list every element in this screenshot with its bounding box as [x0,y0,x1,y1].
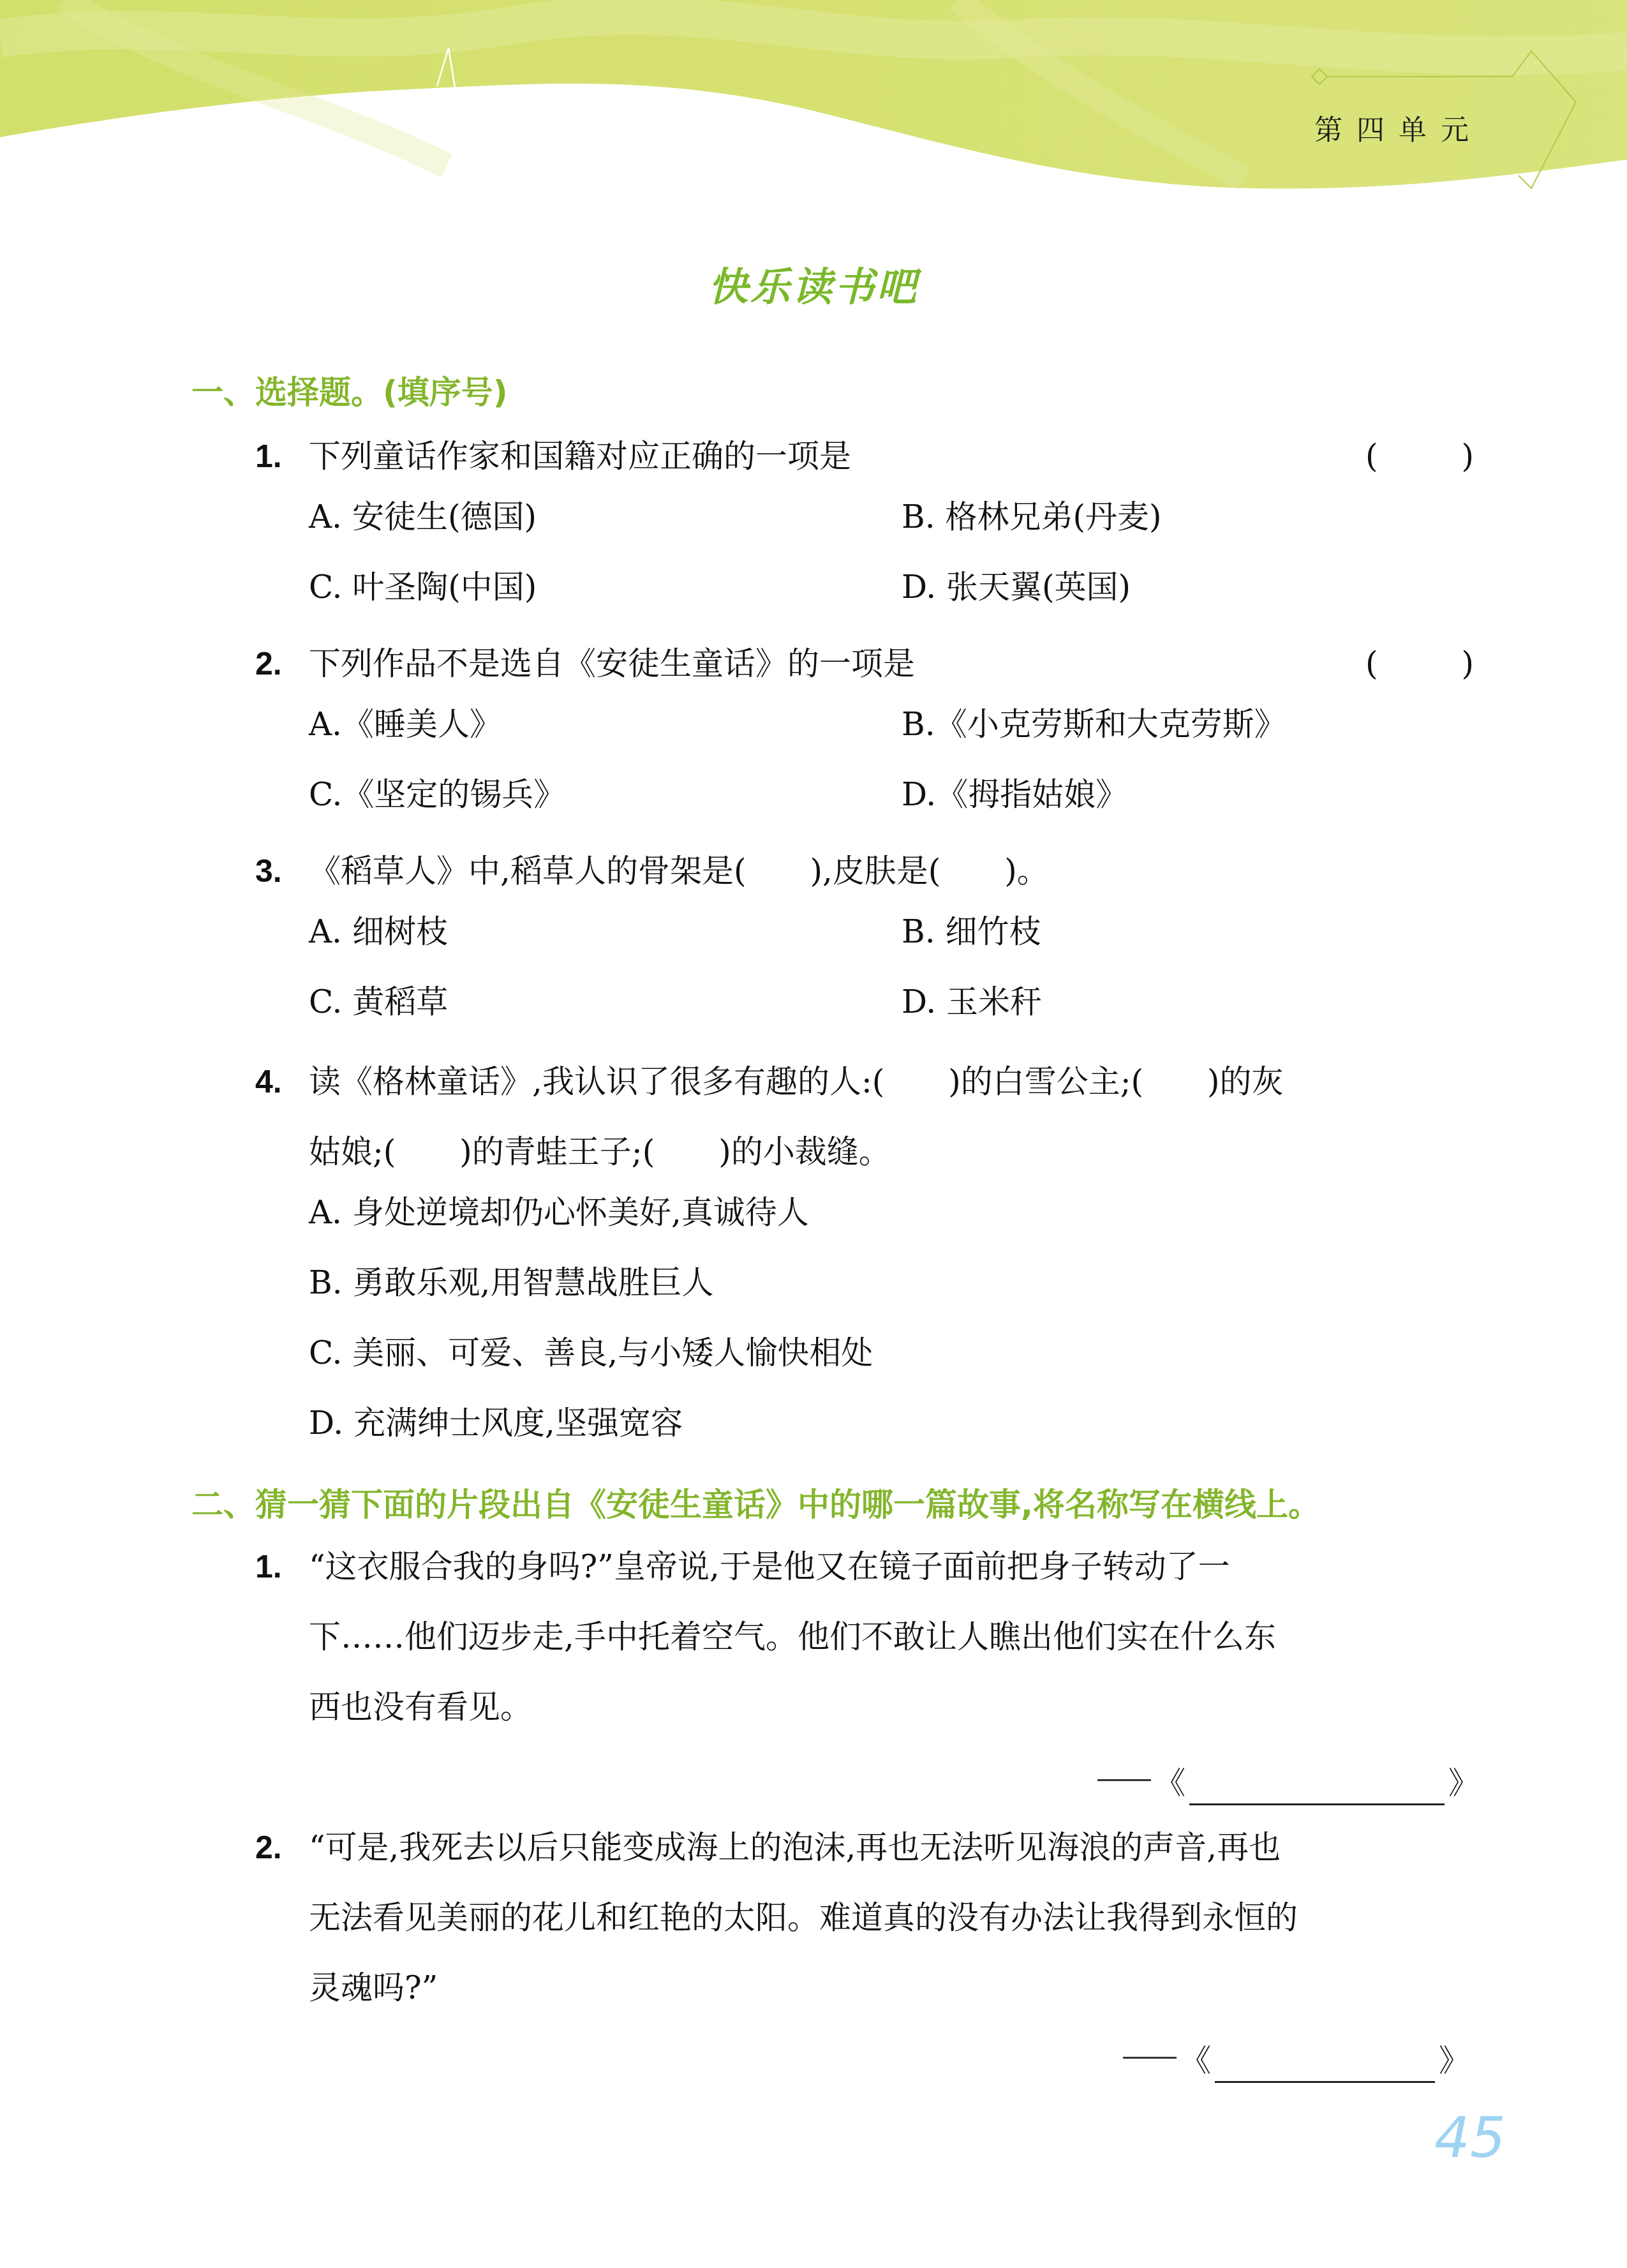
option-b: B. 细竹枝 [902,906,1041,952]
option-a: A. 安徒生(德国) [309,491,537,537]
question-2-1: 1. “这衣服合我的身吗?”皇帝说,于是他又在镜子面前把身子转动了一 下……他们… [255,1532,1474,1742]
title-mark-open: 《 [1155,1758,1185,1802]
paren-close: ) [1461,421,1474,491]
option-b: B. 勇敢乐观,用智慧战胜巨人 [309,1257,713,1303]
section-heading-choice: 一、选择题。(填序号) [191,367,508,413]
option-a: A. 细树枝 [309,906,448,952]
header-banner [0,0,1627,204]
option-c: C. 黄稻草 [309,976,448,1022]
question-number: 1. [255,421,282,491]
em-dash [1097,1779,1151,1781]
passage-line: “这衣服合我的身吗?”皇帝说,于是他又在镜子面前把身子转动了一 [309,1532,1474,1602]
unit-label: 第四单元 [1314,107,1483,148]
option-b: B. 格林兄弟(丹麦) [902,491,1162,537]
source-answer-1: 《 》 [1097,1758,1479,1802]
question-1-3: 3. 《稻草人》中,稻草人的骨架是( ),皮肤是( )。 [255,836,1474,906]
passage-line: 灵魂吗?” [309,1953,1474,2023]
question-number: 1. [255,1532,282,1602]
question-text: 下列作品不是选自《安徒生童话》的一项是 [309,629,1474,699]
em-dash [1123,2057,1177,2059]
option-b: B.《小克劳斯和大克劳斯》 [902,699,1286,745]
option-c: C. 美丽、可爱、善良,与小矮人愉快相处 [309,1327,873,1373]
option-c: C. 叶圣陶(中国) [309,562,537,608]
question-number: 2. [255,1812,282,1883]
paren-close: ) [1461,629,1474,699]
question-text: 下列童话作家和国籍对应正确的一项是 [309,421,1474,491]
page-number: 45 [1434,2105,1506,2170]
title-mark-close: 》 [1439,2036,1469,2080]
passage-line: 西也没有看见。 [309,1672,1474,1742]
paren-open: ( [1365,421,1378,491]
question-text: 《稻草人》中,稻草人的骨架是( ),皮肤是( )。 [309,836,1474,906]
question-number: 3. [255,836,282,906]
question-text-line1: 读《格林童话》,我认识了很多有趣的人:( )的白雪公主;( )的灰 [309,1047,1474,1117]
page-title: 快乐读书吧 [0,255,1627,312]
option-d: D. 玉米秆 [902,976,1042,1022]
title-blank-input[interactable] [1215,2055,1435,2083]
paren-open: ( [1365,629,1378,699]
question-text-line2: 姑娘;( )的青蛙王子;( )的小裁缝。 [309,1117,1474,1187]
option-d: D. 充满绅士风度,坚强宽容 [309,1398,683,1444]
section-heading-guess: 二、猜一猜下面的片段出自《安徒生童话》中的哪一篇故事,将名称写在横线上。 [191,1479,1320,1525]
option-a: A. 身处逆境却仍心怀美好,真诚待人 [309,1187,809,1233]
question-number: 2. [255,629,282,699]
title-mark-open: 《 [1180,2036,1211,2080]
answer-blank[interactable]: ( ) [1365,629,1474,699]
source-answer-2: 《 》 [1123,2036,1469,2080]
question-1-1: 1. 下列童话作家和国籍对应正确的一项是 ( ) [255,421,1474,491]
question-1-4: 4. 读《格林童话》,我认识了很多有趣的人:( )的白雪公主;( )的灰 姑娘;… [255,1047,1474,1187]
option-d: D. 张天翼(英国) [902,562,1131,608]
question-2-2: 2. “可是,我死去以后只能变成海上的泡沫,再也无法听见海浪的声音,再也 无法看… [255,1812,1474,2023]
option-c: C.《坚定的锡兵》 [309,769,565,815]
option-d: D.《拇指姑娘》 [902,769,1127,815]
passage-line: 下……他们迈步走,手中托着空气。他们不敢让人瞧出他们实在什么东 [309,1602,1474,1672]
passage-line: 无法看见美丽的花儿和红艳的太阳。难道真的没有办法让我得到永恒的 [309,1883,1474,1953]
passage-line: “可是,我死去以后只能变成海上的泡沫,再也无法听见海浪的声音,再也 [309,1812,1474,1883]
title-blank-input[interactable] [1189,1778,1445,1805]
title-mark-close: 》 [1448,1758,1479,1802]
answer-blank[interactable]: ( ) [1365,421,1474,491]
question-number: 4. [255,1047,282,1117]
question-1-2: 2. 下列作品不是选自《安徒生童话》的一项是 ( ) [255,629,1474,699]
option-a: A.《睡美人》 [309,699,501,745]
